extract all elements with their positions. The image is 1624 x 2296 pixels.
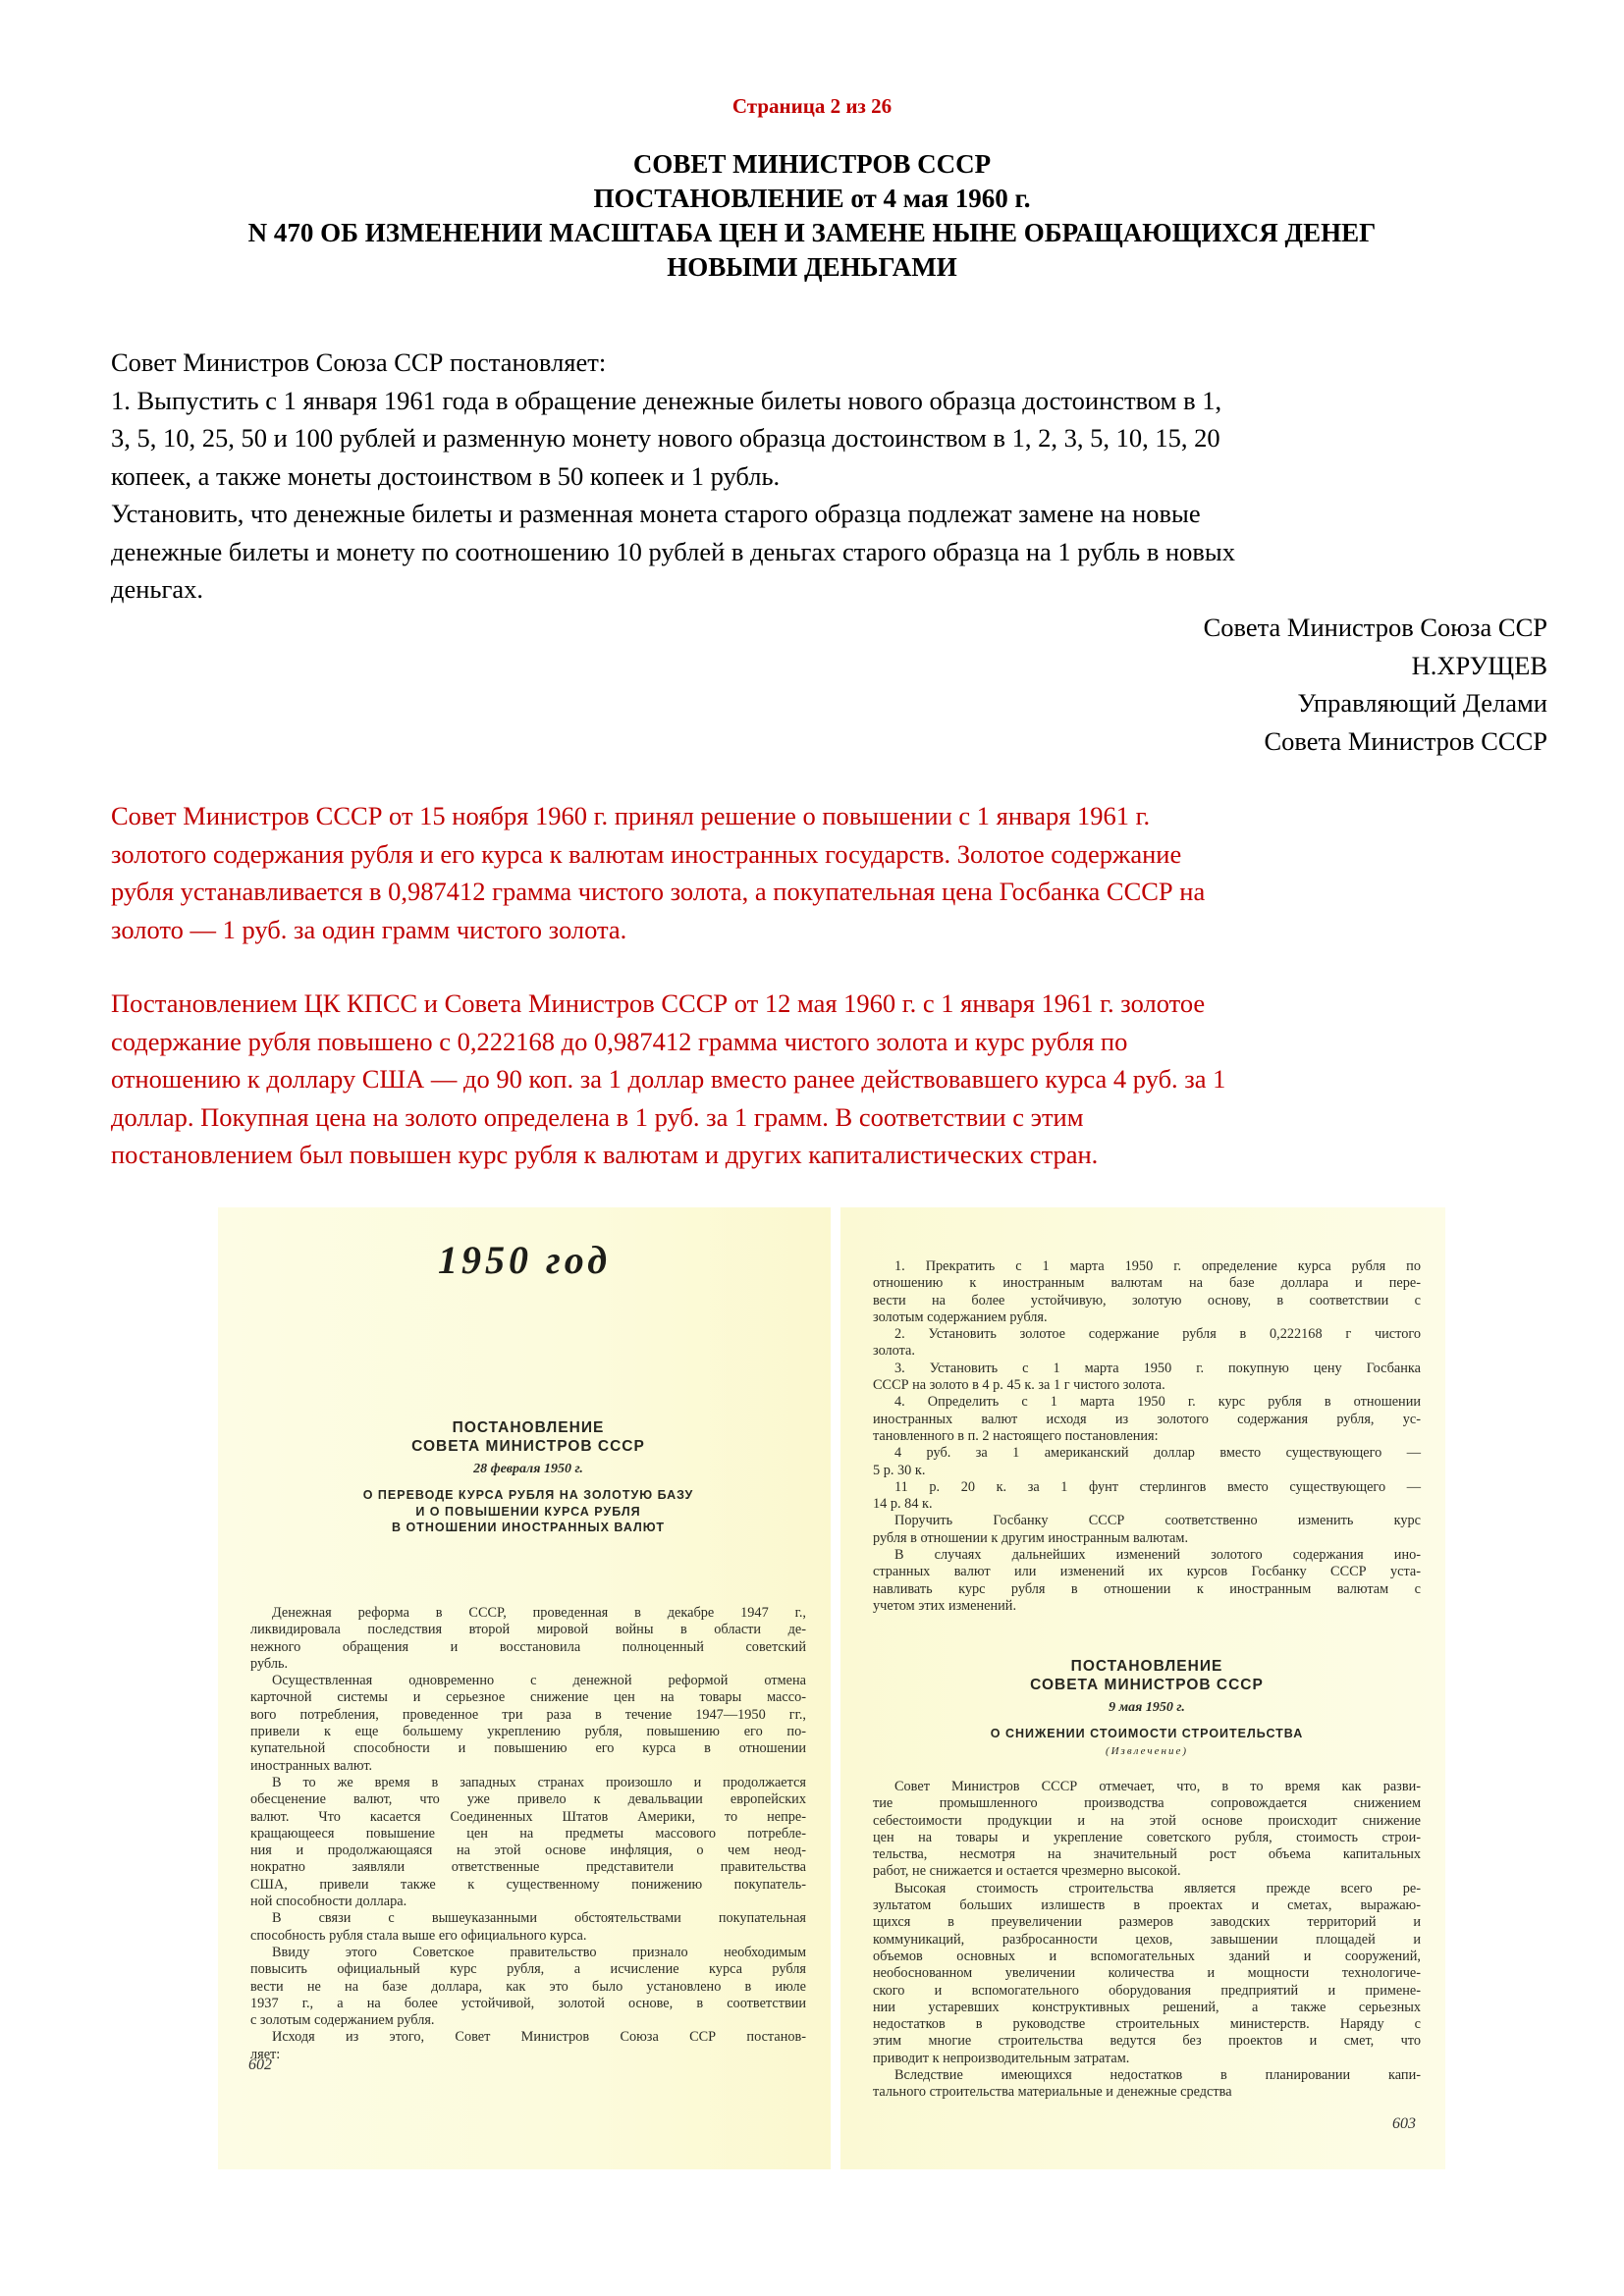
- scan-line: этим многие строительства ведутся без пр…: [873, 2033, 1421, 2050]
- scan-line: 11 р. 20 к. за 1 фунт стерлингов вместо …: [873, 1479, 1421, 1496]
- body-line: денежные билеты и монету по соотношению …: [111, 533, 1554, 571]
- scan-line: зультатом больших излишеств в проектах и…: [873, 1897, 1421, 1914]
- scan-paragraph: Совет Министров СССР отмечает, что, в то…: [873, 1779, 1421, 1881]
- scan-paragraph: 2. Установить золотое содержание рубля в…: [873, 1326, 1421, 1361]
- scan-line: карточной системы и серьезное снижение ц…: [250, 1689, 806, 1706]
- scan-line: 1. Прекратить с 1 марта 1950 г. определе…: [873, 1258, 1421, 1275]
- scan-line: рубля в отношении к другим иностранным в…: [873, 1530, 1421, 1547]
- scan-line: Денежная реформа в СССР, проведенная в д…: [250, 1605, 806, 1622]
- scan-paragraph: 4 руб. за 1 американский доллар вместо с…: [873, 1445, 1421, 1479]
- resolution-note: (Извлечение): [873, 1745, 1421, 1757]
- scan-line: Вследствие имеющихся недостатков в плани…: [873, 2067, 1421, 2084]
- scan-line: вести на более устойчивую, золотую основ…: [873, 1293, 1421, 1309]
- scan-line: ского и вспомогательного оборудования пр…: [873, 1983, 1421, 2000]
- scan-paragraph: 4. Определить с 1 марта 1950 г. курс руб…: [873, 1394, 1421, 1445]
- scan-paragraph: 11 р. 20 к. за 1 фунт стерлингов вместо …: [873, 1479, 1421, 1514]
- scan-paragraph: Денежная реформа в СССР, проведенная в д…: [250, 1605, 806, 1673]
- resolution-title-line: СОВЕТА МИНИСТРОВ СССР: [873, 1676, 1421, 1694]
- scan-line: ной способности доллара.: [250, 1894, 806, 1910]
- scan-line: приводит к непроизводительным затратам.: [873, 2051, 1421, 2067]
- note-line: содержание рубля повышено с 0,222168 до …: [111, 1023, 1554, 1061]
- scan-line: нократно заявляли ответственные представ…: [250, 1859, 806, 1876]
- scan-line: В связи с вышеуказанными обстоятельствам…: [250, 1910, 806, 1927]
- note-line: Совет Министров СССР от 15 ноября 1960 г…: [111, 797, 1554, 835]
- scan-line: валют. Что касается Соединенных Штатов А…: [250, 1809, 806, 1826]
- note-line: Постановлением ЦК КПСС и Совета Министро…: [111, 985, 1554, 1023]
- scan-paragraph: Осуществленная одновременно с денежной р…: [250, 1673, 806, 1775]
- scan-line: тановленного в п. 2 настоящего постановл…: [873, 1428, 1421, 1445]
- folio-number: 603: [1392, 2115, 1416, 2133]
- scan-line: тального строительства материальные и де…: [873, 2084, 1421, 2101]
- scan-line: ликвидировала последствия второй мировой…: [250, 1622, 806, 1638]
- body-line: копеек, а также монеты достоинством в 50…: [111, 457, 1554, 496]
- scan-line: ляет:: [250, 2047, 806, 2063]
- scan-line: необоснованном увеличении количества и м…: [873, 1965, 1421, 1982]
- resolution-subject-line: В ОТНОШЕНИИ ИНОСТРАННЫХ ВАЛЮТ: [250, 1520, 806, 1536]
- scan-line: СССР на золото в 4 р. 45 к. за 1 г чисто…: [873, 1377, 1421, 1394]
- note-line: золотого содержания рубля и его курса к …: [111, 835, 1554, 874]
- scan-line: купательной способности и повышению его …: [250, 1740, 806, 1757]
- scan-line: отношению к иностранным валютам на базе …: [873, 1275, 1421, 1292]
- note-line: отношению к доллару США — до 90 коп. за …: [111, 1060, 1554, 1098]
- scanned-page-603: 1. Прекратить с 1 марта 1950 г. определе…: [840, 1207, 1445, 2169]
- scan-line: В случаях дальнейших изменений золотого …: [873, 1547, 1421, 1564]
- signature-block: Совета Министров Союза ССР Н.ХРУЩЕВ Упра…: [1204, 609, 1547, 760]
- page-indicator: Страница 2 из 26: [0, 94, 1624, 119]
- scan-paragraph: В связи с вышеуказанными обстоятельствам…: [250, 1910, 806, 1945]
- scan-line: нии устаревших конструктивных решений, а…: [873, 2000, 1421, 2016]
- scan-line: коммуникаций, разбросанности цехов, завы…: [873, 1932, 1421, 1949]
- scan-line: навливать курс рубля в отношении к иност…: [873, 1581, 1421, 1598]
- scan-paragraph: Ввиду этого Советское правительство приз…: [250, 1945, 806, 2029]
- document-header: СОВЕТ МИНИСТРОВ СССР ПОСТАНОВЛЕНИЕ от 4 …: [108, 147, 1516, 285]
- scan-line: обесценение валют, что уже привело к дев…: [250, 1791, 806, 1808]
- scan-line: ния и продолжающаяся на этой основе инфл…: [250, 1842, 806, 1859]
- scan-line: цен на товары и укрепление советского ру…: [873, 1830, 1421, 1846]
- scan-line: работ, не снижается и остается чрезмерно…: [873, 1863, 1421, 1880]
- scan-line: привели к еще большему укреплению рубля,…: [250, 1724, 806, 1740]
- scan-line: странных валют или изменений их курсов Г…: [873, 1564, 1421, 1580]
- scan-line: нежного обращения и восстановила полноце…: [250, 1639, 806, 1656]
- scan-paragraph: 1. Прекратить с 1 марта 1950 г. определе…: [873, 1258, 1421, 1326]
- scan-line: 1937 г., а на более устойчивой, золотой …: [250, 1996, 806, 2012]
- resolution-title-line: СОВЕТА МИНИСТРОВ СССР: [250, 1437, 806, 1456]
- scan-line: иностранных валют исходя из золотого сод…: [873, 1412, 1421, 1428]
- note-gold-content-1960: Совет Министров СССР от 15 ноября 1960 г…: [111, 797, 1554, 948]
- scan-line: рубль.: [250, 1656, 806, 1673]
- scan-line: кращающееся повышение цен на предметы ма…: [250, 1826, 806, 1842]
- resolution-title-line: ПОСТАНОВЛЕНИЕ: [873, 1657, 1421, 1676]
- scan-line: Ввиду этого Советское правительство приз…: [250, 1945, 806, 1961]
- note-line: рубля устанавливается в 0,987412 грамма …: [111, 873, 1554, 911]
- scan-line: себестоимости продукции и на этой основе…: [873, 1813, 1421, 1830]
- note-exchange-rate-1960: Постановлением ЦК КПСС и Совета Министро…: [111, 985, 1554, 1174]
- resolution-date: 28 февраля 1950 г.: [250, 1462, 806, 1477]
- scan-paragraph: Поручить Госбанку СССР соответственно из…: [873, 1513, 1421, 1547]
- scan-paragraph: Исходя из этого, Совет Министров Союза С…: [250, 2029, 806, 2063]
- scan-line: учетом этих изменений.: [873, 1598, 1421, 1615]
- scan-line: 3. Установить с 1 марта 1950 г. покупную…: [873, 1361, 1421, 1377]
- scan-line: щихся в преувеличении размеров заводских…: [873, 1914, 1421, 1931]
- scan-line: В то же время в западных странах произош…: [250, 1775, 806, 1791]
- scan-line: золота.: [873, 1343, 1421, 1360]
- signature-line: Н.ХРУЩЕВ: [1204, 647, 1547, 685]
- signature-line: Совета Министров СССР: [1204, 722, 1547, 761]
- note-line: доллар. Покупная цена на золото определе…: [111, 1098, 1554, 1137]
- scan-line: золотым содержанием рубля.: [873, 1309, 1421, 1326]
- scan-line: Совет Министров СССР отмечает, что, в то…: [873, 1779, 1421, 1795]
- header-line: СОВЕТ МИНИСТРОВ СССР: [108, 147, 1516, 182]
- scan-paragraph: 3. Установить с 1 марта 1950 г. покупную…: [873, 1361, 1421, 1395]
- year-title: 1950 год: [218, 1237, 831, 1283]
- scan-line: вого потребления, проведенное три раза в…: [250, 1707, 806, 1724]
- scan-paragraph: В то же время в западных странах произош…: [250, 1775, 806, 1910]
- signature-line: Управляющий Делами: [1204, 684, 1547, 722]
- resolution-title-line: ПОСТАНОВЛЕНИЕ: [250, 1418, 806, 1437]
- signature-line: Совета Министров Союза ССР: [1204, 609, 1547, 647]
- scan-line: 2. Установить золотое содержание рубля в…: [873, 1326, 1421, 1343]
- folio-number: 602: [248, 2056, 272, 2074]
- scan-paragraph: Вследствие имеющихся недостатков в плани…: [873, 2067, 1421, 2102]
- resolution-subject-line: О ПЕРЕВОДЕ КУРСА РУБЛЯ НА ЗОЛОТУЮ БАЗУ: [250, 1487, 806, 1504]
- scan-line: объемов основных и вспомогательных здани…: [873, 1949, 1421, 1965]
- resolution-subject-line: О СНИЖЕНИИ СТОИМОСТИ СТРОИТЕЛЬСТВА: [873, 1726, 1421, 1742]
- body-line: Установить, что денежные билеты и размен…: [111, 495, 1554, 533]
- body-line: 3, 5, 10, 25, 50 и 100 рублей и разменну…: [111, 419, 1554, 457]
- scan-right-text-top: 1. Прекратить с 1 марта 1950 г. определе…: [873, 1258, 1421, 1615]
- scan-line: иностранных валют.: [250, 1758, 806, 1775]
- scan-paragraph: Высокая стоимость строительства является…: [873, 1881, 1421, 2067]
- scan-line: 4 руб. за 1 американский доллар вместо с…: [873, 1445, 1421, 1462]
- scan-line: Исходя из этого, Совет Министров Союза С…: [250, 2029, 806, 2046]
- scan-line: тельства, несмотря на значительный рост …: [873, 1846, 1421, 1863]
- scan-line: Поручить Госбанку СССР соответственно из…: [873, 1513, 1421, 1529]
- scan-line: США, привели также к существенному пониж…: [250, 1877, 806, 1894]
- scan-line: вести не на базе доллара, как это было у…: [250, 1979, 806, 1996]
- scan-line: 5 р. 30 к.: [873, 1463, 1421, 1479]
- header-line: N 470 ОБ ИЗМЕНЕНИИ МАСШТАБА ЦЕН И ЗАМЕНЕ…: [108, 216, 1516, 250]
- header-line: ПОСТАНОВЛЕНИЕ от 4 мая 1960 г.: [108, 182, 1516, 216]
- scan-line: 14 р. 84 к.: [873, 1496, 1421, 1513]
- body-line: 1. Выпустить с 1 января 1961 года в обра…: [111, 382, 1554, 420]
- resolution-date: 9 мая 1950 г.: [873, 1700, 1421, 1716]
- note-line: золото — 1 руб. за один грамм чистого зо…: [111, 911, 1554, 949]
- scanned-page-602: 1950 год ПОСТАНОВЛЕНИЕ СОВЕТА МИНИСТРОВ …: [218, 1207, 831, 2169]
- resolution-subject-line: И О ПОВЫШЕНИИ КУРСА РУБЛЯ: [250, 1504, 806, 1521]
- scan-line: Осуществленная одновременно с денежной р…: [250, 1673, 806, 1689]
- body-line: Совет Министров Союза ССР постановляет:: [111, 344, 1554, 382]
- scan-right-text-bottom: Совет Министров СССР отмечает, что, в то…: [873, 1779, 1421, 2102]
- scan-line: недостатков в руководстве строительных м…: [873, 2016, 1421, 2033]
- scan-line: тие промышленного производства сопровожд…: [873, 1795, 1421, 1812]
- header-line: НОВЫМИ ДЕНЬГАМИ: [108, 250, 1516, 285]
- scan-left-text: Денежная реформа в СССР, проведенная в д…: [250, 1605, 806, 2063]
- scan-line: Высокая стоимость строительства является…: [873, 1881, 1421, 1897]
- resolution-heading: ПОСТАНОВЛЕНИЕ СОВЕТА МИНИСТРОВ СССР 28 ф…: [250, 1418, 806, 1536]
- note-line: постановлением был повышен курс рубля к …: [111, 1136, 1554, 1174]
- scan-line: с золотым содержанием рубля.: [250, 2012, 806, 2029]
- scan-line: способность рубля стала выше его официал…: [250, 1928, 806, 1945]
- body-line: деньгах.: [111, 570, 1554, 609]
- scan-line: 4. Определить с 1 марта 1950 г. курс руб…: [873, 1394, 1421, 1411]
- resolution-body: Совет Министров Союза ССР постановляет: …: [111, 344, 1554, 609]
- scan-line: повысить официальный курс рубля, а исчис…: [250, 1961, 806, 1978]
- resolution-heading: ПОСТАНОВЛЕНИЕ СОВЕТА МИНИСТРОВ СССР 9 ма…: [873, 1657, 1421, 1757]
- scan-paragraph: В случаях дальнейших изменений золотого …: [873, 1547, 1421, 1615]
